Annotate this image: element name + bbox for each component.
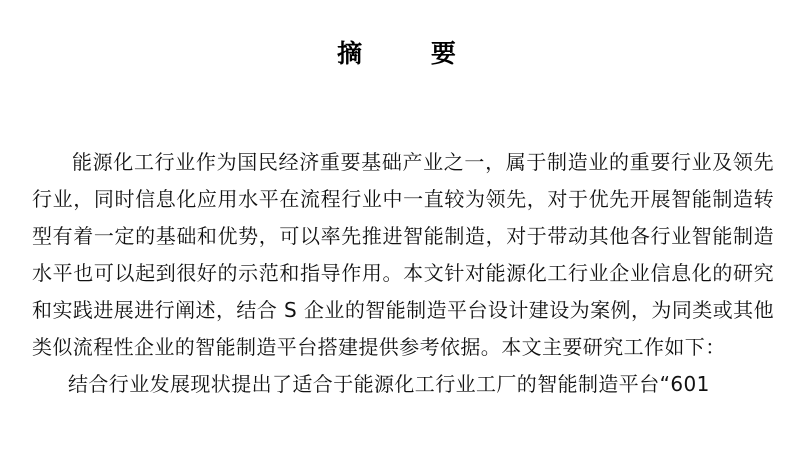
abstract-paragraph-1: 能源化工行业作为国民经济重要基础产业之一，属于制造业的重要行业及领先行业，同时信… xyxy=(32,144,774,366)
document-page: 摘 要 能源化工行业作为国民经济重要基础产业之一，属于制造业的重要行业及领先行业… xyxy=(0,0,793,474)
page-title: 摘 要 xyxy=(0,36,793,72)
abstract-body: 能源化工行业作为国民经济重要基础产业之一，属于制造业的重要行业及领先行业，同时信… xyxy=(32,144,774,403)
abstract-paragraph-2: 结合行业发展现状提出了适合于能源化工行业工厂的智能制造平台“601 xyxy=(32,366,774,403)
